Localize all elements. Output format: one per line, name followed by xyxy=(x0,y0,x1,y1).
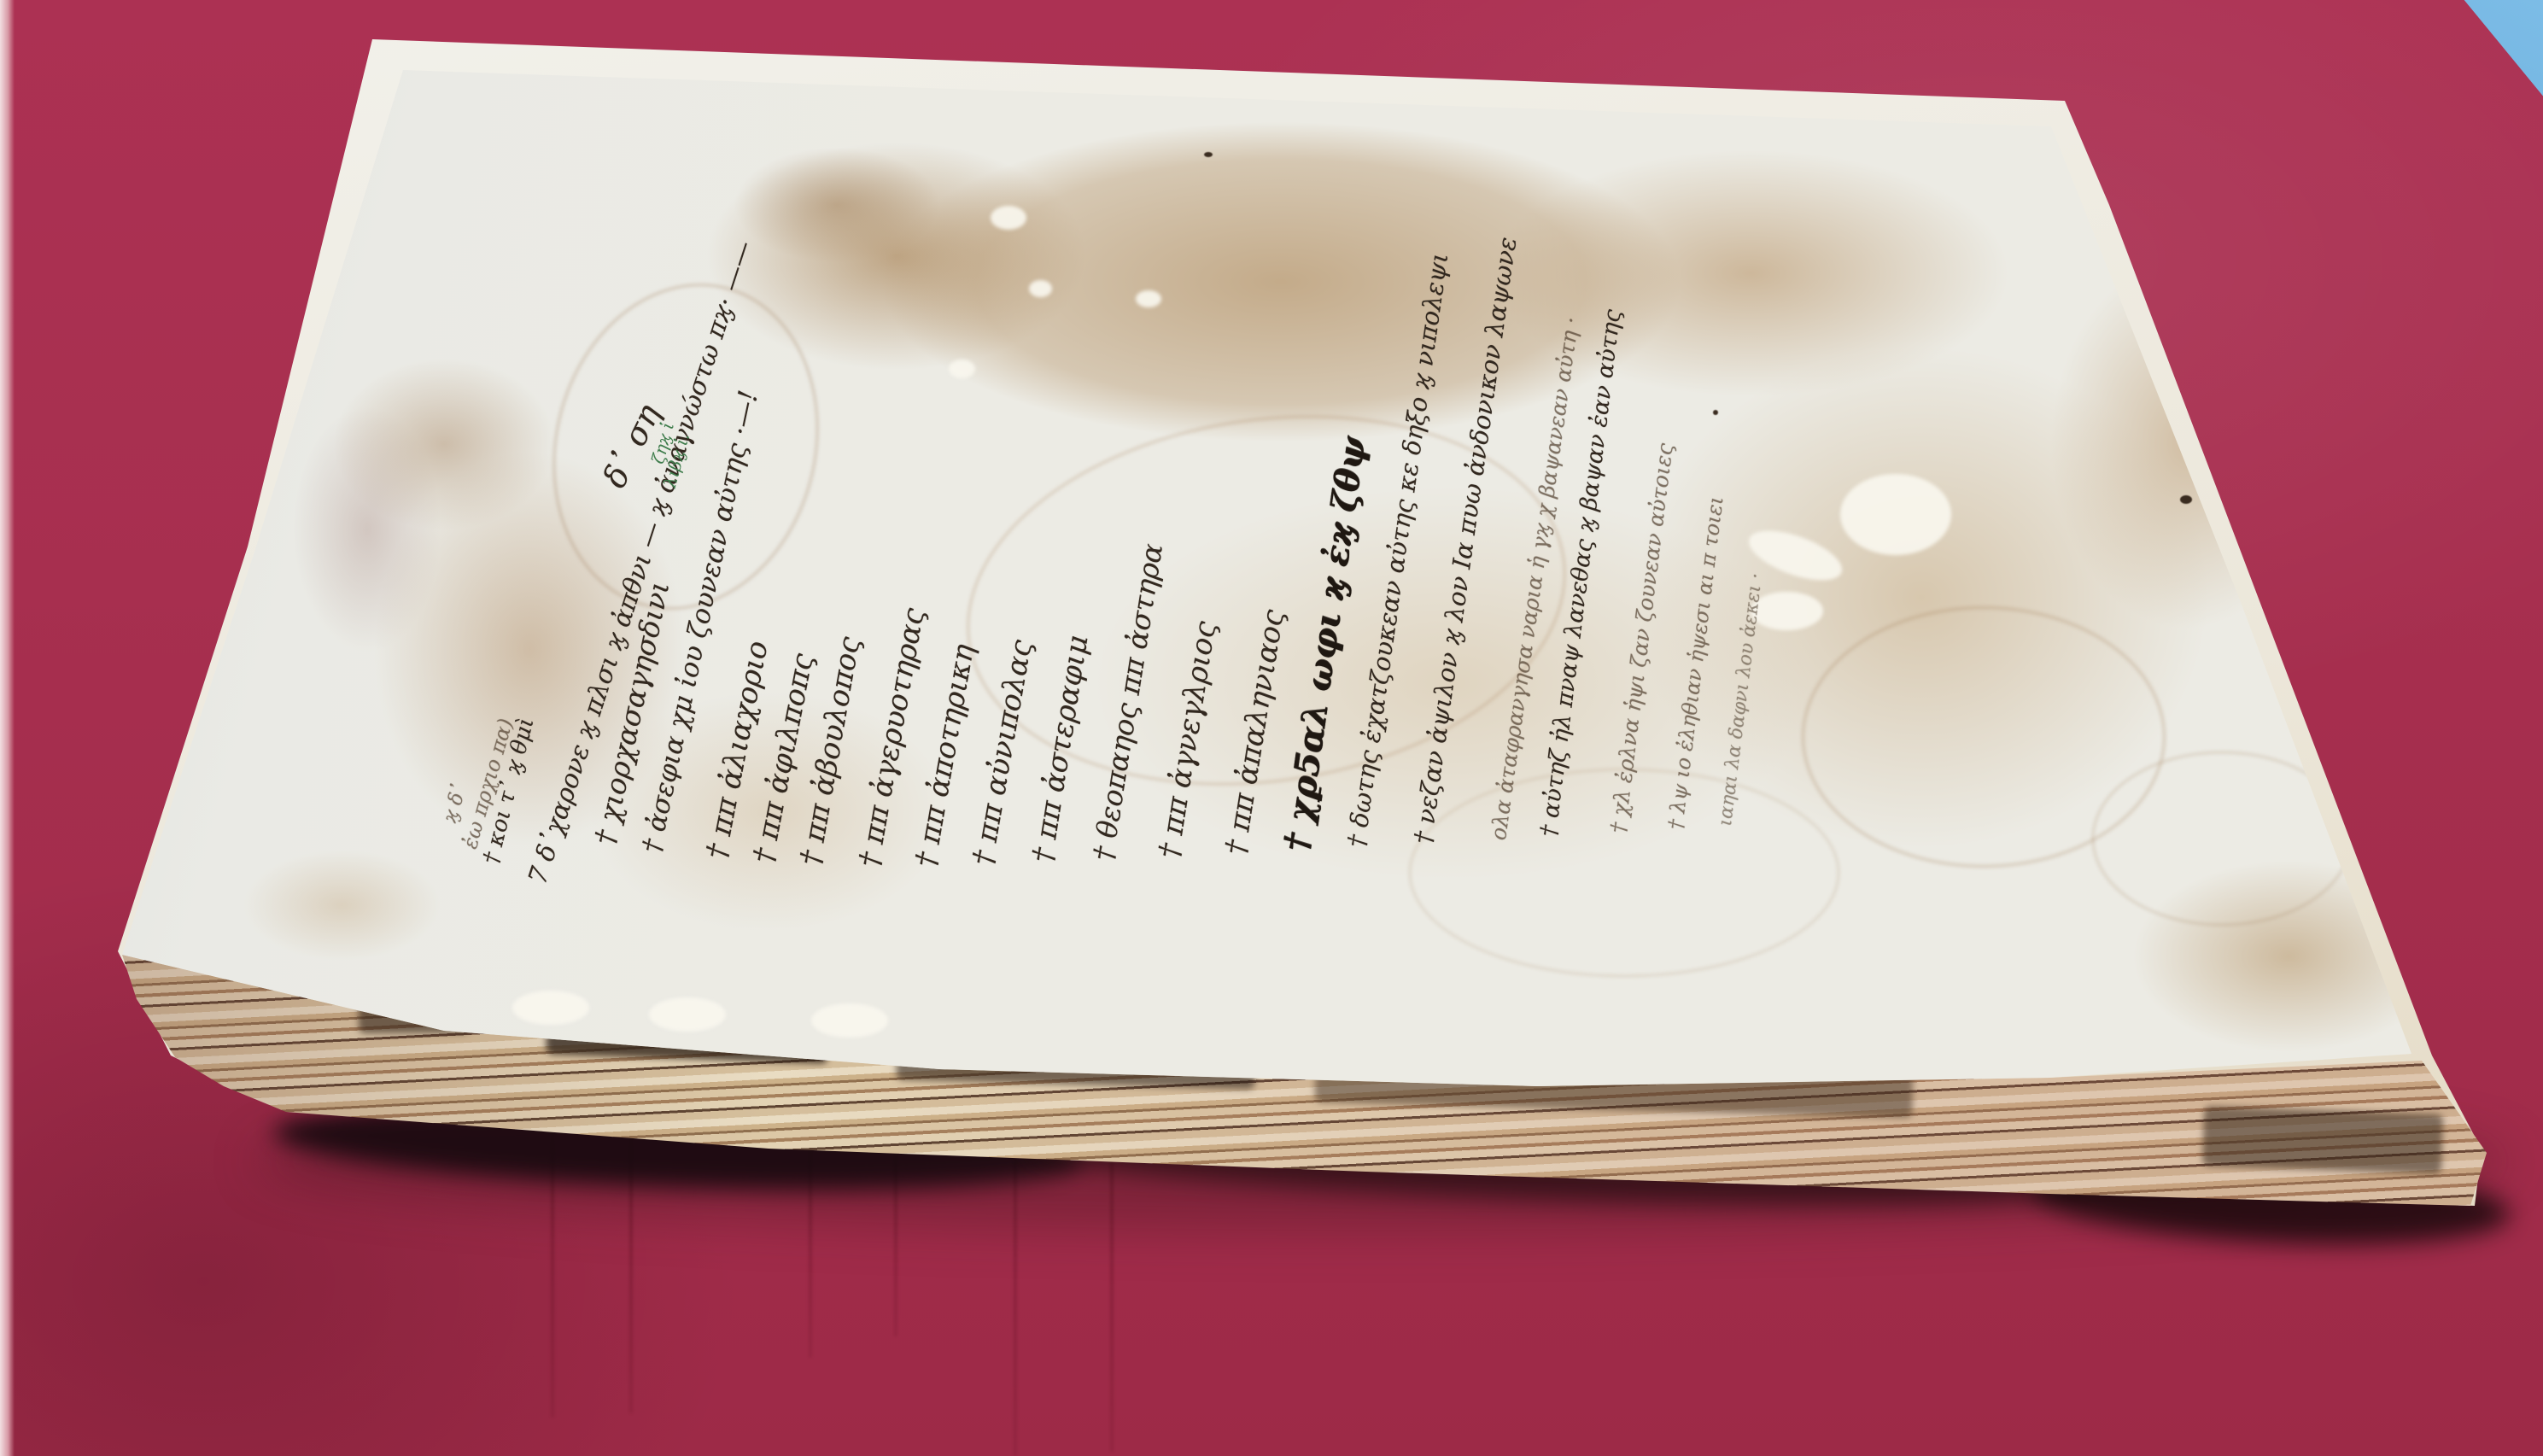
ink-speck xyxy=(2180,495,2192,504)
ink-speck xyxy=(1713,410,1718,415)
photo-edge-stripe xyxy=(0,0,15,1456)
paper-bright-spot xyxy=(1029,280,1052,297)
paper-bright-spot xyxy=(949,360,975,378)
paper-bright-spot xyxy=(1136,290,1161,307)
photo-scene: ϗ δ᾿ ἐω πρχιο πα) † κοι τ᾿ ϗ θμὶ 7 δ᾿χαρ… xyxy=(0,0,2543,1456)
paper-bright-spot xyxy=(811,1003,888,1038)
ink-speck xyxy=(1204,152,1213,157)
manuscript-top-page: ϗ δ᾿ ἐω πρχιο πα) † κοι τ᾿ ϗ θμὶ 7 δ᾿χαρ… xyxy=(0,0,2543,1456)
paper-bright-spot xyxy=(1840,474,1951,555)
paper-bright-spot xyxy=(991,206,1026,230)
paper-bright-spot xyxy=(649,997,726,1032)
paper-bright-spot xyxy=(512,991,589,1025)
manuscript-line: † ππ ἀποτηρικη xyxy=(911,642,979,869)
fore-edge-dark-patch xyxy=(2202,1106,2443,1174)
